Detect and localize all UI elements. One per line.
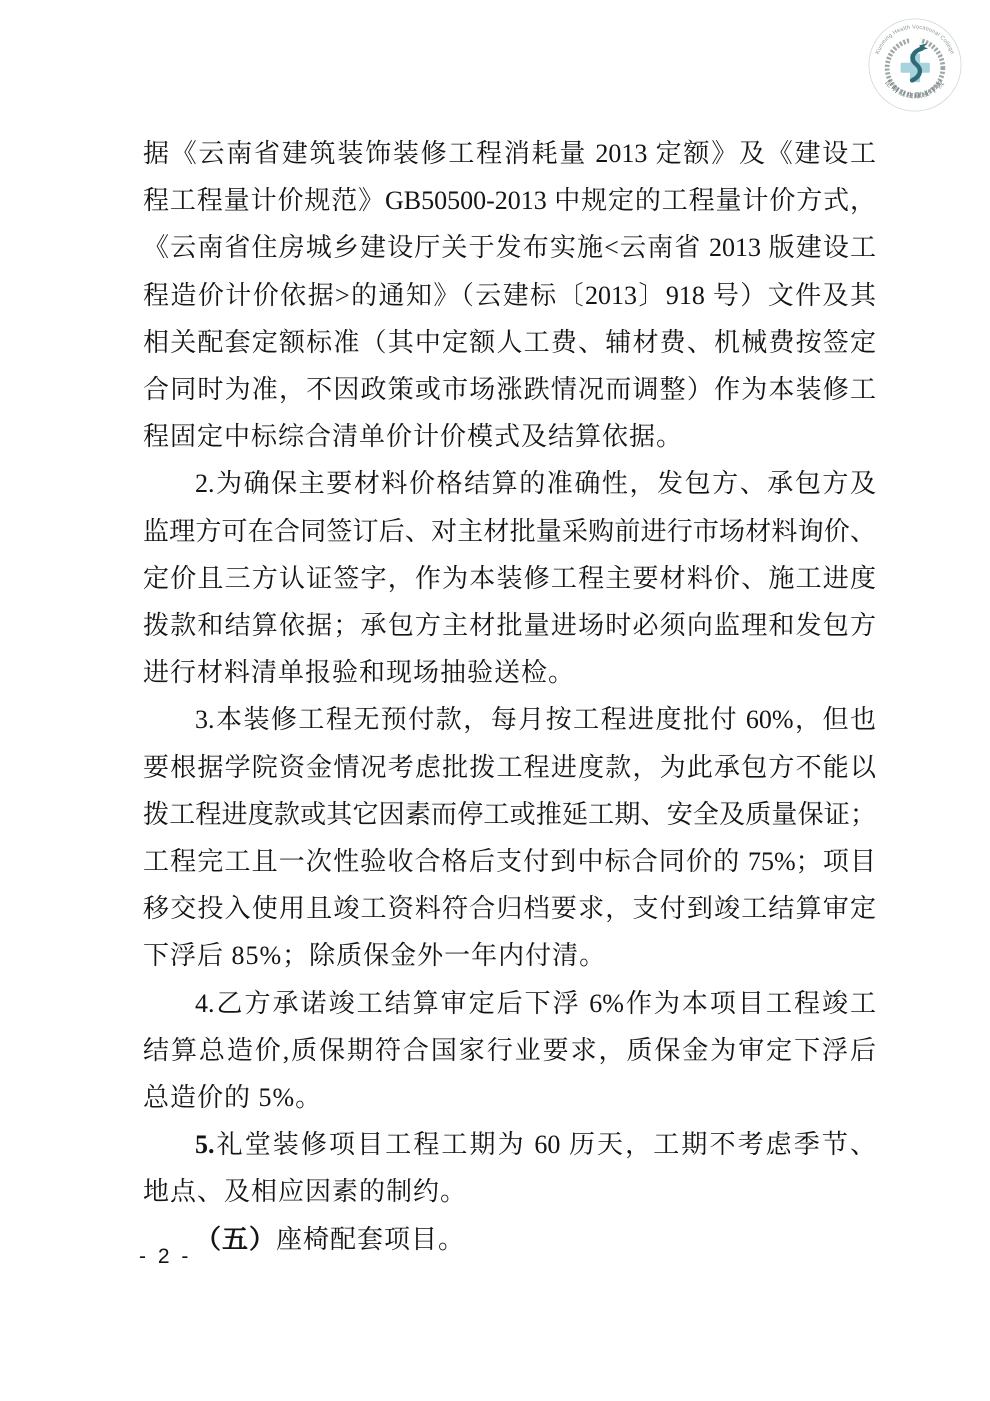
text-line: 程工程量计价规范》GB50500-2013 中规定的工程量计价方式， bbox=[143, 177, 876, 224]
text-line: 程造价计价依据>的通知》（云建标〔2013〕918 号）文件及其 bbox=[143, 272, 876, 319]
document-page: Kunming Health Vocational College 昆明卫生职业… bbox=[0, 0, 990, 1401]
text-line: 进行材料清单报验和现场抽验送检。 bbox=[143, 649, 876, 696]
text-line: 地点、及相应因素的制约。 bbox=[143, 1168, 876, 1215]
text-line: 相关配套定额标准（其中定额人工费、辅材费、机械费按签定 bbox=[143, 319, 876, 366]
text-line: 要根据学院资金情况考虑批拨工程进度款，为此承包方不能以 bbox=[143, 744, 876, 791]
bold-text-run: 5. bbox=[195, 1130, 215, 1159]
text-line: 《云南省住房城乡建设厅关于发布实施<云南省 2013 版建设工 bbox=[143, 224, 876, 271]
text-line: 程固定中标综合清单价计价模式及结算依据。 bbox=[143, 413, 876, 460]
text-line: 3.本装修工程无预付款，每月按工程进度批付 60%，但也 bbox=[143, 696, 876, 743]
text-run: 礼堂装修项目工程工期为 60 历天，工期不考虑季节、 bbox=[215, 1130, 877, 1159]
text-line: 下浮后 85%；除质保金外一年内付清。 bbox=[143, 932, 876, 979]
text-line: 拨款和结算依据；承包方主材批量进场时必须向监理和发包方 bbox=[143, 602, 876, 649]
text-line: 结算总造价,质保期符合国家行业要求，质保金为审定下浮后 bbox=[143, 1027, 876, 1074]
text-run: 座椅配套项目。 bbox=[276, 1225, 465, 1254]
college-seal-logo: Kunming Health Vocational College 昆明卫生职业… bbox=[867, 17, 963, 113]
text-line: （五）座椅配套项目。 bbox=[143, 1216, 876, 1263]
text-line: 定价且三方认证签字，作为本装修工程主要材料价、施工进度 bbox=[143, 555, 876, 602]
text-line: 监理方可在合同签订后、对主材批量采购前进行市场材料询价、 bbox=[143, 508, 876, 555]
text-line: 总造价的 5%。 bbox=[143, 1074, 876, 1121]
text-line: 合同时为准，不因政策或市场涨跌情况而调整）作为本装修工 bbox=[143, 366, 876, 413]
wreath-gap bbox=[909, 38, 921, 44]
text-line: 4.乙方承诺竣工结算审定后下浮 6%作为本项目工程竣工 bbox=[143, 980, 876, 1027]
text-line: 工程完工且一次性验收合格后支付到中标合同价的 75%；项目 bbox=[143, 838, 876, 885]
text-line: 5.礼堂装修项目工程工期为 60 历天，工期不考虑季节、 bbox=[143, 1121, 876, 1168]
text-line: 移交投入使用且竣工资料符合归档要求，支付到竣工结算审定 bbox=[143, 885, 876, 932]
document-body: 据《云南省建筑装饰装修工程消耗量 2013 定额》及《建设工程工程量计价规范》G… bbox=[143, 130, 876, 1263]
bold-text-run: （五） bbox=[195, 1225, 276, 1254]
college-seal-icon: Kunming Health Vocational College 昆明卫生职业… bbox=[867, 17, 963, 113]
page-number: - 2 - bbox=[139, 1245, 191, 1269]
text-line: 拨工程进度款或其它因素而停工或推延工期、安全及质量保证； bbox=[143, 791, 876, 838]
text-line: 据《云南省建筑装饰装修工程消耗量 2013 定额》及《建设工 bbox=[143, 130, 876, 177]
text-line: 2.为确保主要材料价格结算的准确性，发包方、承包方及 bbox=[143, 460, 876, 507]
